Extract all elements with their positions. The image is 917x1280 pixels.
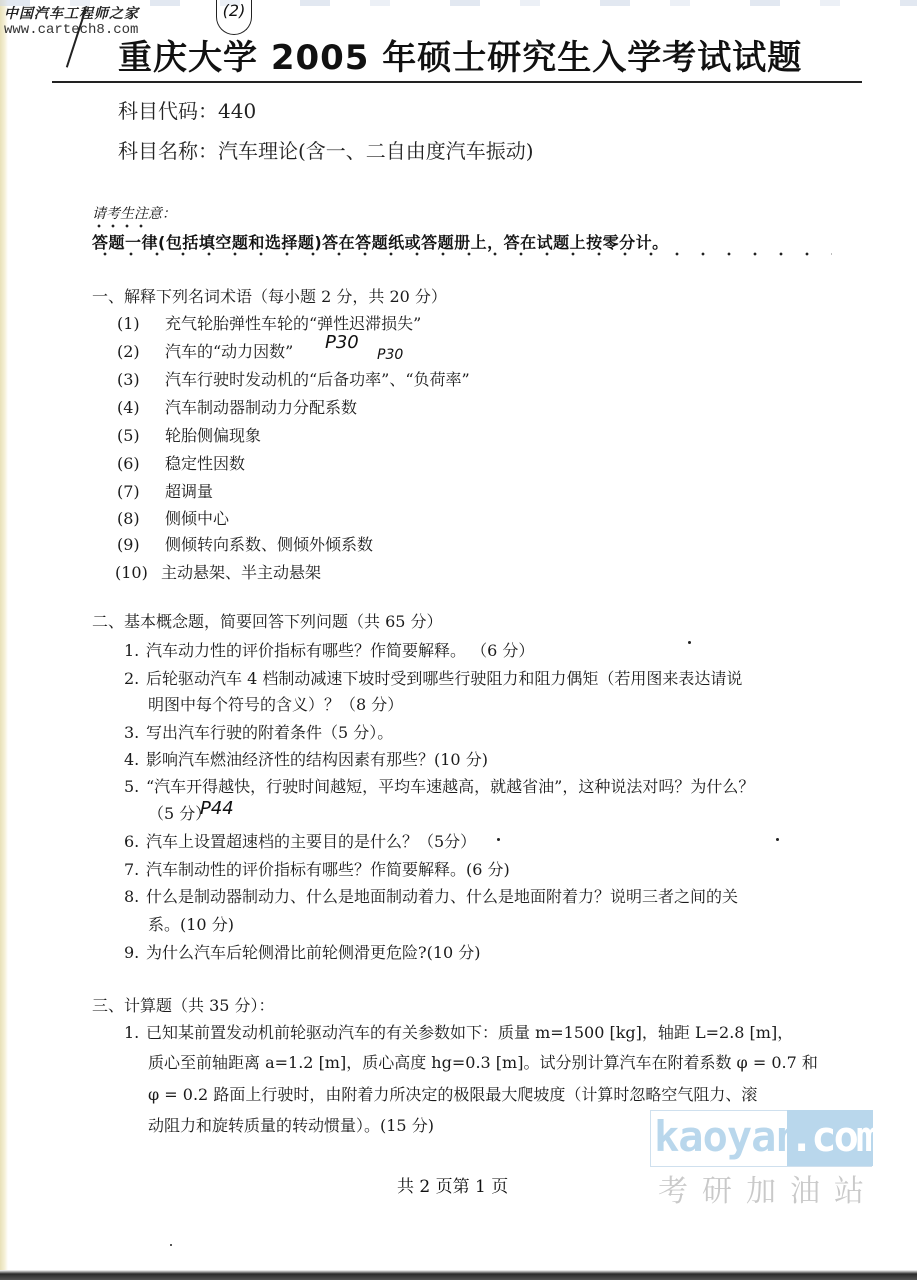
- section-2-question: 8.什么是制动器制动力、什么是地面制动着力、什么是地面附着力？说明三者之间的关: [124, 884, 738, 907]
- scan-edge-bottom: [0, 1270, 917, 1280]
- section-3-question-line: 动阻力和旋转质量的转动惯量）。(15 分): [148, 1113, 434, 1136]
- section-1-item: (10)主动悬架、半主动悬架: [115, 560, 321, 583]
- subject-code-value: 440: [218, 99, 256, 123]
- section-3-title: 三、计算题（共 35 分）：: [92, 993, 275, 1016]
- subject-code-line: 科目代码：440: [118, 95, 256, 124]
- section-1-item: (7)超调量: [117, 479, 213, 502]
- emphasis-dots: [92, 252, 832, 256]
- section-2-question: 9.为什么汽车后轮侧滑比前轮侧滑更危险?(10 分): [124, 940, 481, 963]
- scan-speck: [776, 838, 779, 841]
- watermark-brand-right-box: .com: [787, 1110, 873, 1166]
- section-1-title: 一、解释下列名词术语（每小题 2 分，共 20 分）: [92, 284, 447, 307]
- section-2-question: 7.汽车制动性的评价指标有哪些？作简要解释。(6 分): [124, 857, 510, 880]
- subject-name-line: 科目名称：汽车理论(含一、二自由度汽车振动): [118, 135, 534, 164]
- section-2-question: 2.后轮驱动汽车 4 档制动减速下坡时受到哪些行驶阻力和阻力偶矩（若用图来表达请…: [124, 666, 742, 689]
- section-1-item: (3)汽车行驶时发动机的“后备功率”、“负荷率”: [117, 367, 470, 390]
- exam-title: 重庆大学 2005 年硕士研究生入学考试试题: [118, 30, 802, 79]
- subject-name-label: 科目名称：: [118, 139, 218, 163]
- watermark-brand-right: .com: [789, 1112, 878, 1161]
- section-3-question-line: φ = 0.2 路面上行驶时，由附着力所决定的极限最大爬坡度（计算时忽略空气阻力…: [148, 1082, 757, 1105]
- handwritten-page-ref: P30: [377, 347, 403, 363]
- watermark-slogan: 考研加油站: [658, 1166, 878, 1210]
- section-2-question: 1.汽车动力性的评价指标有哪些？作简要解释。 （6 分）: [124, 638, 534, 661]
- section-2-question: 4.影响汽车燃油经济性的结构因素有那些？(10 分): [124, 747, 488, 770]
- page-indicator: 共 2 页第 1 页: [397, 1172, 508, 1197]
- kaoyan-watermark: kaoyan .com 考研加油站: [650, 1110, 890, 1200]
- watermark-brand-left: kaoyan: [654, 1112, 800, 1161]
- scan-speck: [497, 838, 500, 841]
- section-2-question-continued: 系。(10 分): [148, 912, 234, 935]
- title-underline: [52, 81, 862, 83]
- notice-heading: 请考生注意：: [92, 203, 176, 223]
- section-2-question: 6.汽车上设置超速档的主要目的是什么？（5分）: [124, 829, 476, 852]
- section-1-item: (4)汽车制动器制动力分配系数: [117, 395, 357, 418]
- notice-body: 答题一律(包括填空题和选择题)答在答题纸或答题册上，答在试题上按零分计。: [92, 230, 669, 253]
- scan-edge-left: [0, 0, 8, 1280]
- subject-name-value: 汽车理论(含一、二自由度汽车振动): [218, 139, 534, 163]
- scan-speck: [688, 641, 691, 644]
- emphasis-dots: [92, 224, 152, 228]
- section-1-item: (1)充气轮胎弹性车轮的“弹性迟滞损失”: [117, 311, 421, 334]
- site-watermark-name: 中国汽车工程师之家: [4, 6, 139, 22]
- handwritten-page-ref: P44: [200, 798, 234, 819]
- section-1-item: (2)汽车的“动力因数”: [117, 339, 293, 362]
- section-2-question: 3.写出汽车行驶的附着条件（5 分）。: [124, 720, 393, 743]
- section-1-item: (6)稳定性因数: [117, 451, 245, 474]
- section-1-item: (9)侧倾转向系数、侧倾外倾系数: [117, 532, 373, 555]
- section-3-question-line: 质心至前轴距离 a=1.2 [m]，质心高度 hg=0.3 [m]。试分别计算汽…: [148, 1050, 818, 1073]
- scan-speck: [170, 1244, 172, 1246]
- section-3-question: 1.已知某前置发动机前轮驱动汽车的有关参数如下：质量 m=1500 [kg]，轴…: [124, 1020, 793, 1043]
- section-2-question-continued: 明图中每个符号的含义）？（8 分）: [148, 692, 403, 715]
- section-2-title: 二、基本概念题，简要回答下列问题（共 65 分）: [92, 609, 443, 632]
- section-1-item: (8)侧倾中心: [117, 506, 229, 529]
- section-2-question: 5.“汽车开得越快，行驶时间越短，平均车速越高，就越省油”，这种说法对吗？为什么…: [124, 774, 754, 797]
- handwritten-page-ref: P30: [325, 332, 359, 353]
- section-1-item: (5)轮胎侧偏现象: [117, 423, 261, 446]
- subject-code-label: 科目代码：: [118, 99, 218, 123]
